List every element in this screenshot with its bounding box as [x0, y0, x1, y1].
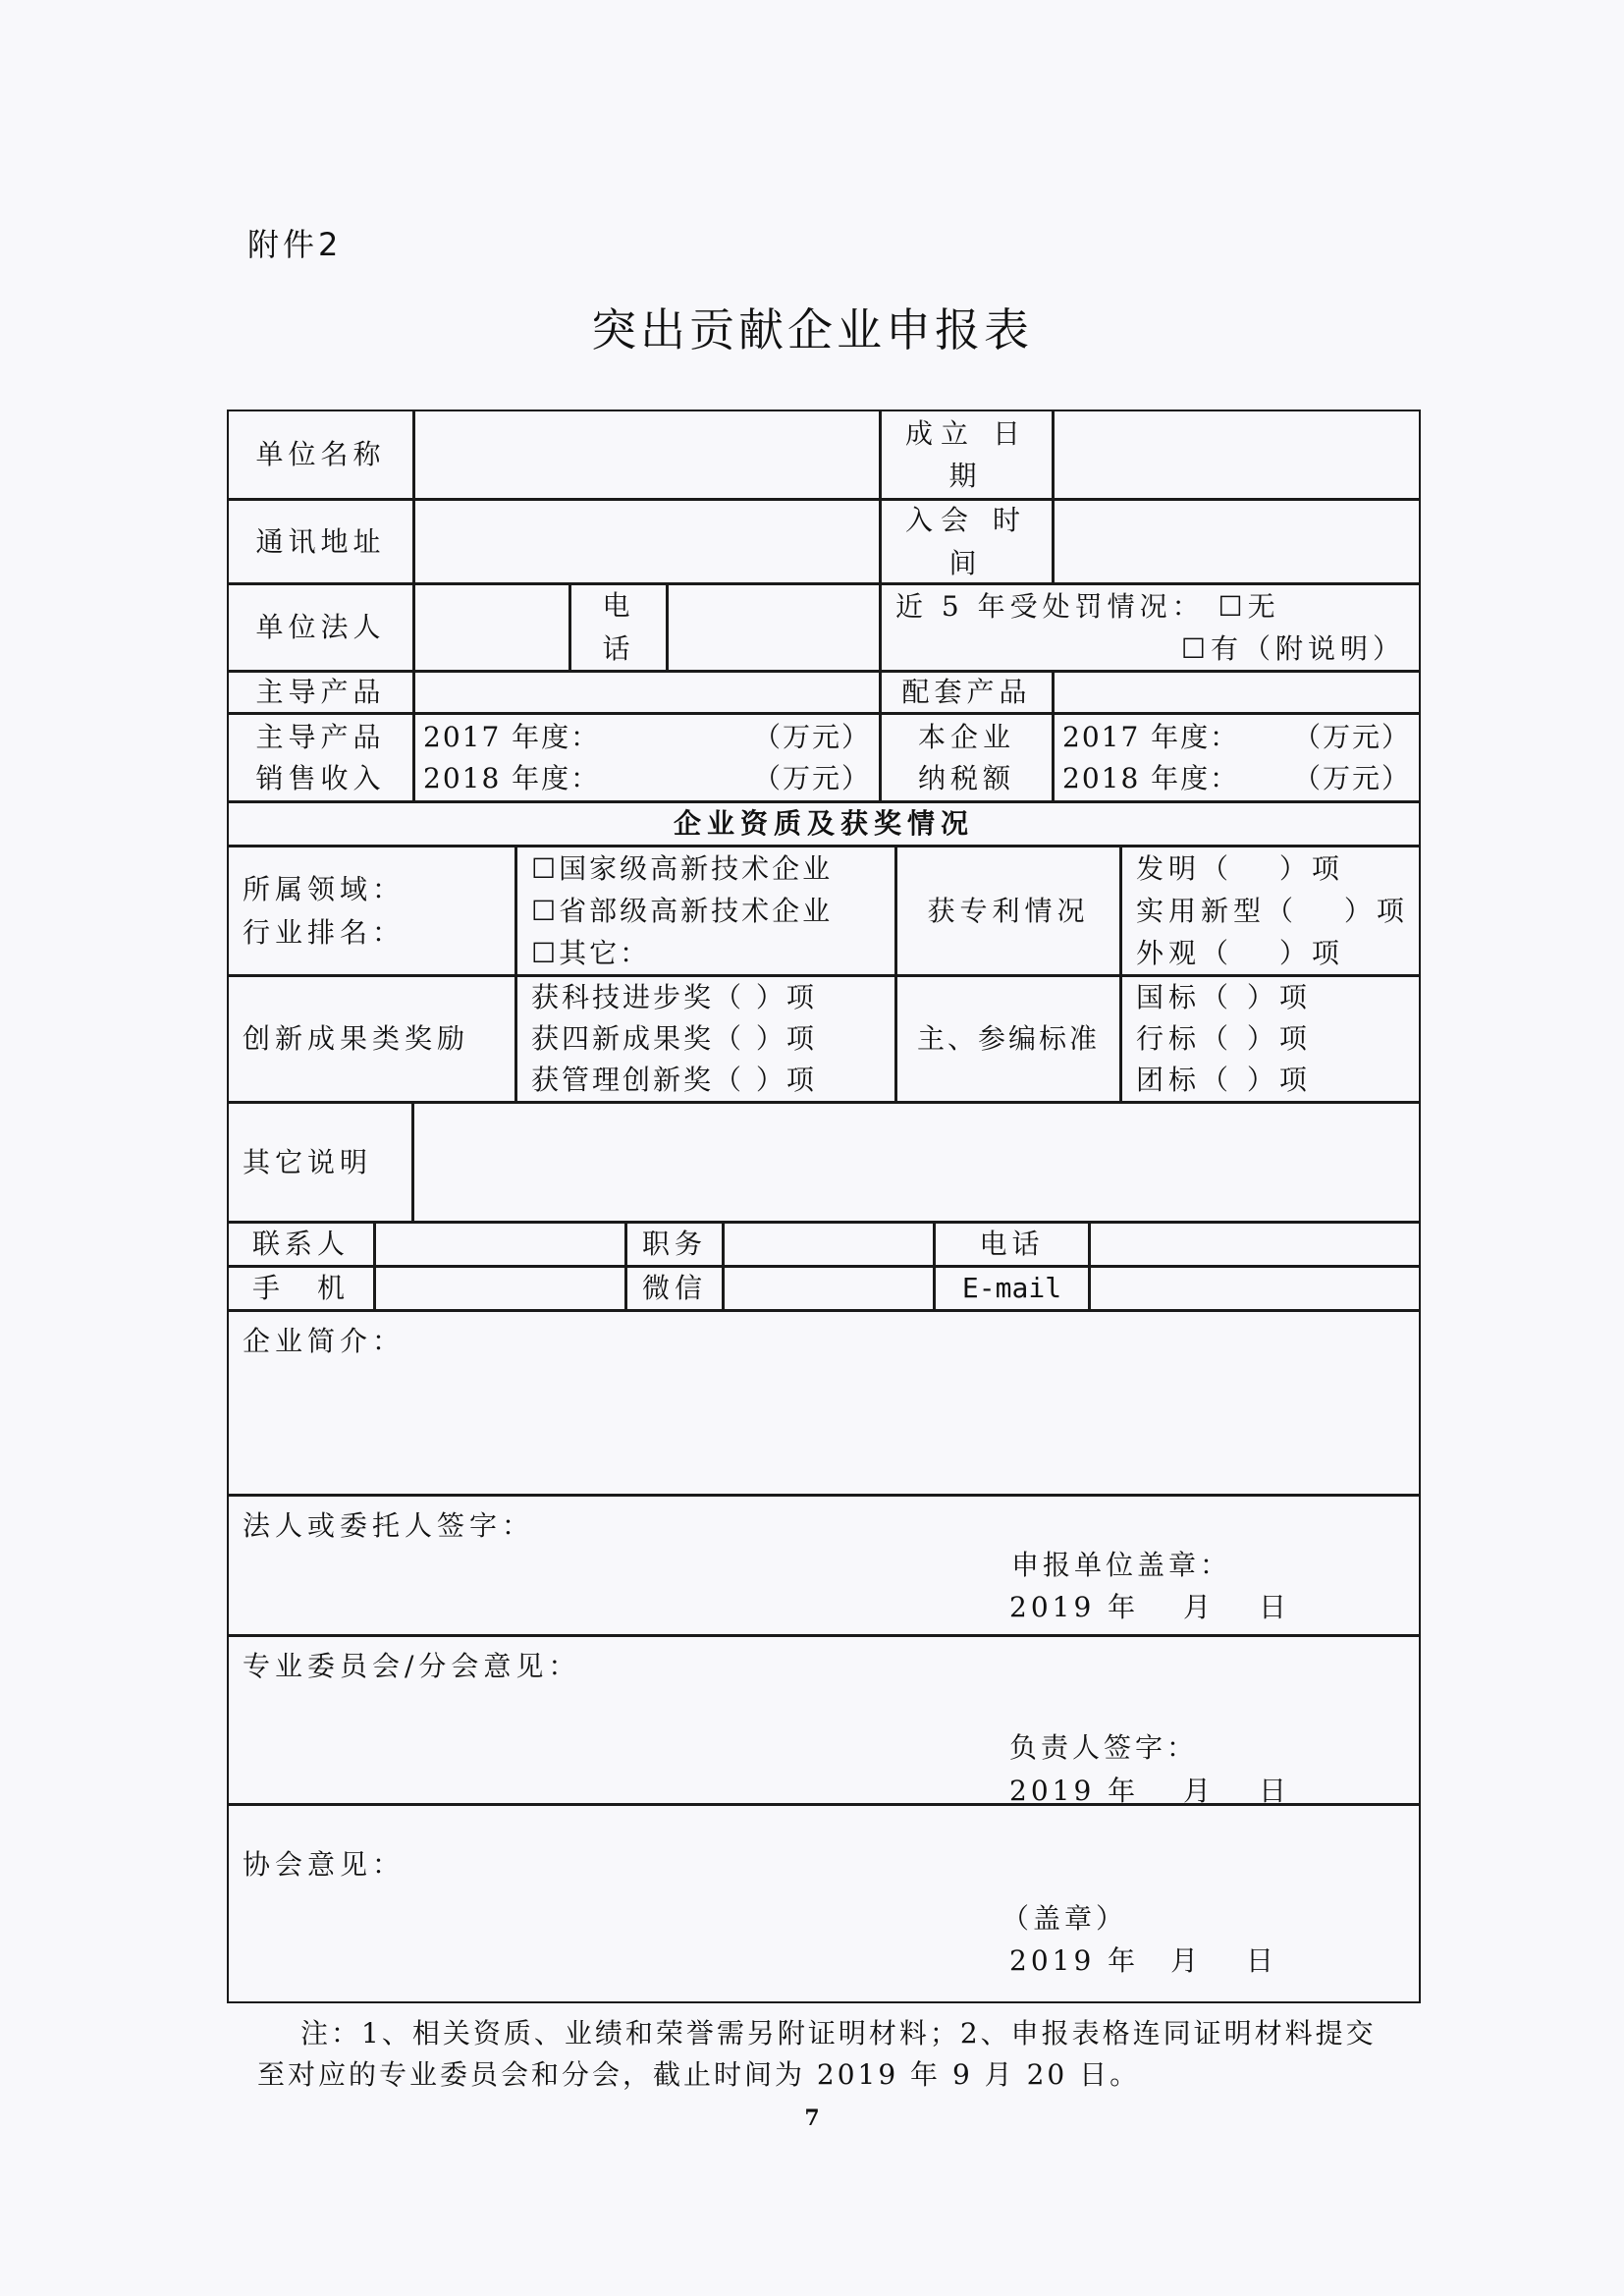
sales-2018-unit: （万元）	[753, 758, 871, 799]
ranking-label: 行业排名：	[243, 911, 405, 955]
legal-phone-field[interactable]	[667, 583, 881, 672]
field-label: 所属领域：	[243, 868, 405, 911]
legal-person-label-text: 单位法人	[255, 606, 385, 648]
innovation-award-counts[interactable]: 获科技进步奖（ ）项 获四新成果奖（ ）项 获管理创新奖（ ）项	[515, 975, 896, 1103]
other-notes-field[interactable]	[412, 1102, 1421, 1223]
main-product-label-text: 主导产品	[255, 671, 385, 713]
other-notes-label: 其它说明	[227, 1102, 413, 1223]
other-qualification-checkbox[interactable]: ☐其它：	[531, 932, 650, 974]
penalty-line-1: 近 5 年受处罚情况： ☐无	[895, 585, 1405, 628]
supporting-product-field[interactable]	[1053, 671, 1421, 714]
committee-opinion-label: 专业委员会/分会意见：	[243, 1645, 580, 1687]
tax-2017-row: 2017 年度：（万元）	[1055, 717, 1419, 758]
innovation-label-text: 创新成果类奖励	[243, 1017, 469, 1060]
form-title: 突出贡献企业申报表	[0, 295, 1624, 359]
mobile-field[interactable]	[374, 1266, 626, 1311]
tax-amount-field[interactable]: 2017 年度：（万元） 2018 年度：（万元）	[1053, 713, 1421, 802]
legal-phone-label: 电话	[569, 583, 668, 672]
utility-model-patent-count[interactable]: 实用新型（ ）项	[1136, 890, 1409, 932]
patent-label: 获专利情况	[895, 846, 1121, 976]
applicant-date: 2019 年 月 日	[1009, 1586, 1290, 1625]
applicant-stamp-label: 申报单位盖章：	[1011, 1544, 1231, 1583]
footnote: 注：1、相关资质、业绩和荣誉需另附证明材料；2、申报表格连同证明材料提交至对应的…	[257, 2013, 1406, 2096]
patent-counts[interactable]: 发明（ ）项 实用新型（ ）项 外观（ ）项	[1120, 846, 1421, 976]
section-header-text: 企业资质及获奖情况	[674, 802, 974, 845]
mobile-label-text: 手 机	[252, 1267, 350, 1309]
unit-name-label: 单位名称	[227, 410, 414, 500]
four-new-achievement-award-count[interactable]: 获四新成果奖（ ）项	[531, 1018, 817, 1060]
design-patent-count[interactable]: 外观（ ）项	[1136, 932, 1344, 974]
sales-revenue-label: 主导产品 销售收入	[227, 713, 414, 802]
tax-2017-label: 2017 年度：	[1062, 717, 1239, 758]
qualification-section-header: 企业资质及获奖情况	[227, 801, 1421, 847]
join-date-label-text: 入会 时间	[899, 499, 1034, 584]
innovation-award-label: 创新成果类奖励	[227, 975, 516, 1103]
unit-name-label-text: 单位名称	[255, 433, 385, 475]
other-notes-label-text: 其它说明	[243, 1141, 372, 1183]
mobile-label: 手 机	[227, 1266, 375, 1311]
legal-person-label: 单位法人	[227, 583, 414, 672]
wechat-label-text: 微信	[642, 1267, 707, 1309]
founded-date-label: 成立 日期	[880, 410, 1054, 500]
contact-phone-label: 电话	[934, 1222, 1090, 1267]
page-number: 7	[0, 2105, 1624, 2131]
legal-person-field[interactable]	[413, 583, 570, 672]
tax-2018-label: 2018 年度：	[1062, 758, 1239, 799]
association-date: 2019 年 月 日	[1009, 1940, 1277, 1979]
contact-phone-label-text: 电话	[979, 1223, 1044, 1265]
committee-date: 2019 年 月 日	[1009, 1770, 1290, 1809]
position-field[interactable]	[723, 1222, 935, 1267]
penalty-yes-checkbox[interactable]: ☐有（附说明）	[1181, 632, 1405, 665]
standards-label-text: 主、参编标准	[917, 1017, 1100, 1060]
sci-tech-progress-award-count[interactable]: 获科技进步奖（ ）项	[531, 977, 817, 1018]
join-date-label: 入会 时间	[880, 499, 1054, 584]
tax-2018-unit: （万元）	[1293, 758, 1411, 799]
sales-revenue-field[interactable]: 2017 年度：（万元） 2018 年度：（万元）	[413, 713, 881, 802]
tax-2018-row: 2018 年度：（万元）	[1055, 758, 1419, 799]
association-opinion-label: 协会意见：	[243, 1843, 405, 1886]
attachment-label: 附件2	[247, 220, 342, 265]
national-standard-count[interactable]: 国标（ ）项	[1136, 977, 1312, 1018]
email-label: E-mail	[934, 1266, 1090, 1311]
field-ranking-label: 所属领域： 行业排名：	[227, 846, 516, 976]
patent-label-text: 获专利情况	[927, 890, 1089, 932]
position-label-text: 职务	[642, 1223, 707, 1265]
wechat-field[interactable]	[723, 1266, 935, 1311]
contact-person-field[interactable]	[374, 1222, 626, 1267]
address-label: 通讯地址	[227, 499, 414, 584]
sales-label-line-1: 主导产品	[255, 717, 385, 758]
sales-2018-row: 2018 年度：（万元）	[415, 758, 879, 799]
management-innovation-award-count[interactable]: 获管理创新奖（ ）项	[531, 1060, 817, 1101]
sales-label-line-2: 销售收入	[255, 758, 385, 799]
address-label-text: 通讯地址	[255, 520, 385, 563]
penalty-none-checkbox[interactable]: ☐无	[1218, 590, 1280, 623]
sales-2017-row: 2017 年度：（万元）	[415, 717, 879, 758]
legal-signature-label: 法人或委托人签字：	[243, 1504, 534, 1547]
founded-date-label-text: 成立 日期	[899, 412, 1034, 498]
penalty-line-2: ☐有（附说明）	[895, 628, 1405, 670]
company-intro-field[interactable]: 企业简介：	[227, 1310, 1421, 1496]
sales-2017-unit: （万元）	[753, 717, 871, 758]
company-intro-label: 企业简介：	[243, 1320, 405, 1362]
position-label: 职务	[625, 1222, 724, 1267]
email-label-text: E-mail	[962, 1267, 1061, 1309]
tax-2017-unit: （万元）	[1293, 717, 1411, 758]
contact-label-text: 联系人	[252, 1223, 350, 1265]
national-hightech-checkbox[interactable]: ☐国家级高新技术企业	[531, 847, 833, 890]
address-field[interactable]	[413, 499, 881, 584]
main-product-label: 主导产品	[227, 671, 414, 714]
wechat-label: 微信	[625, 1266, 724, 1311]
contact-phone-field[interactable]	[1089, 1222, 1421, 1267]
group-standard-count[interactable]: 团标（ ）项	[1136, 1060, 1312, 1101]
tax-label-line-1: 本企业	[918, 717, 1015, 758]
qualification-options: ☐国家级高新技术企业 ☐省部级高新技术企业 ☐其它：	[515, 846, 896, 976]
industry-standard-count[interactable]: 行标（ ）项	[1136, 1018, 1312, 1060]
responsible-person-sign-label: 负责人签字：	[1009, 1726, 1198, 1766]
contact-person-label: 联系人	[227, 1222, 375, 1267]
join-date-field[interactable]	[1053, 499, 1421, 584]
tax-amount-label: 本企业 纳税额	[880, 713, 1054, 802]
email-field[interactable]	[1089, 1266, 1421, 1311]
legal-phone-label-text: 电话	[601, 584, 636, 671]
penalty-group: 近 5 年受处罚情况： ☐无 ☐有（附说明）	[882, 585, 1419, 671]
supporting-product-label: 配套产品	[880, 671, 1054, 714]
standards-counts[interactable]: 国标（ ）项 行标（ ）项 团标（ ）项	[1120, 975, 1421, 1103]
main-product-field[interactable]	[413, 671, 881, 714]
penalty-label: 近 5 年受处罚情况：	[895, 590, 1205, 623]
sales-2018-label: 2018 年度：	[423, 758, 600, 799]
provincial-hightech-checkbox[interactable]: ☐省部级高新技术企业	[531, 890, 833, 932]
unit-name-field[interactable]	[413, 410, 881, 500]
penalty-cell: 近 5 年受处罚情况： ☐无 ☐有（附说明）	[880, 583, 1421, 672]
sales-2017-label: 2017 年度：	[423, 717, 600, 758]
founded-date-field[interactable]	[1053, 410, 1421, 500]
association-seal-label: （盖章）	[1001, 1897, 1127, 1937]
supporting-product-label-text: 配套产品	[901, 671, 1031, 713]
tax-label-line-2: 纳税额	[918, 758, 1015, 799]
invention-patent-count[interactable]: 发明（ ）项	[1136, 847, 1344, 890]
standards-label: 主、参编标准	[895, 975, 1121, 1103]
